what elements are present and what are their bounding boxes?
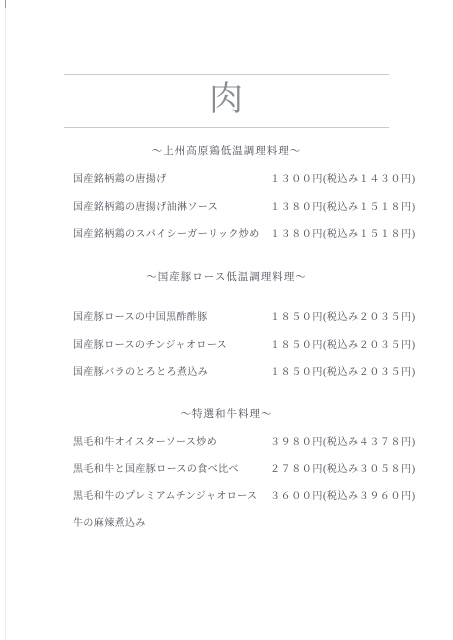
- item-price: １３８０円(税込み１５１８円): [270, 228, 416, 242]
- menu-item-row: 黒毛和牛と国産豚ロースの食べ比べ ２７８０円(税込み３０５８円): [73, 463, 433, 477]
- item-price: ２７８０円(税込み３０５８円): [270, 463, 416, 477]
- menu-page: 肉 ～上州高原鶏低温調理料理～ 国産銘柄鶏の唐揚げ １３００円(税込み１４３０円…: [0, 0, 453, 640]
- menu-item-row: 国産豚ロースの中国黒酢酢豚 １８５０円(税込み２０３５円): [73, 311, 433, 325]
- item-price: １８５０円(税込み２０３５円): [270, 311, 416, 325]
- menu-item-row: 国産銘柄鶏のスパイシーガーリック炒め １３８０円(税込み１５１８円): [73, 228, 433, 242]
- section-header-chicken: ～上州高原鶏低温調理料理～: [0, 145, 453, 159]
- item-name: 黒毛和牛オイスターソース炒め: [73, 436, 217, 450]
- item-name: 黒毛和牛と国産豚ロースの食べ比べ: [73, 463, 239, 477]
- item-price: １８５０円(税込み２０３５円): [270, 366, 416, 380]
- title-divider-bottom: [64, 127, 389, 128]
- title-divider-top: [64, 74, 389, 75]
- item-name: 国産豚ロースの中国黒酢酢豚: [73, 311, 208, 325]
- item-name: 国産銘柄鶏の唐揚げ油淋ソース: [73, 201, 218, 215]
- scan-edge-artifact-dark: [5, 0, 6, 8]
- item-price: ３６００円(税込み３９６０円): [270, 490, 416, 504]
- section-header-wagyu: ～特選和牛料理～: [0, 408, 453, 422]
- menu-item-row: 黒毛和牛オイスターソース炒め ３９８０円(税込み４３７８円): [73, 436, 433, 450]
- menu-item-row: 国産豚ロースのチンジャオロース １８５０円(税込み２０３５円): [73, 339, 433, 353]
- page-title: 肉: [0, 80, 453, 120]
- item-name: 国産豚ロースのチンジャオロース: [73, 339, 227, 353]
- item-name: 国産銘柄鶏のスパイシーガーリック炒め: [73, 228, 260, 242]
- item-name: 黒毛和牛のプレミアムチンジャオロース: [73, 490, 257, 504]
- menu-item-row: 国産銘柄鶏の唐揚げ油淋ソース １３８０円(税込み１５１８円): [73, 201, 433, 215]
- item-price: １３８０円(税込み１５１８円): [270, 201, 416, 215]
- item-name: 牛の麻辣煮込み: [73, 517, 146, 531]
- menu-item-row: 国産豚バラのとろとろ煮込み １８５０円(税込み２０３５円): [73, 366, 433, 380]
- menu-item-row: 国産銘柄鶏の唐揚げ １３００円(税込み１４３０円): [73, 173, 433, 187]
- item-price: ３９８０円(税込み４３７８円): [270, 436, 416, 450]
- menu-item-row: 牛の麻辣煮込み: [73, 517, 433, 531]
- item-name: 国産銘柄鶏の唐揚げ: [73, 173, 167, 187]
- section-header-pork: ～国産豚ロース低温調理料理～: [0, 271, 453, 285]
- item-name: 国産豚バラのとろとろ煮込み: [73, 366, 208, 380]
- item-price: １８５０円(税込み２０３５円): [270, 339, 416, 353]
- item-price: １３００円(税込み１４３０円): [270, 173, 416, 187]
- menu-item-row: 黒毛和牛のプレミアムチンジャオロース ３６００円(税込み３９６０円): [73, 490, 433, 504]
